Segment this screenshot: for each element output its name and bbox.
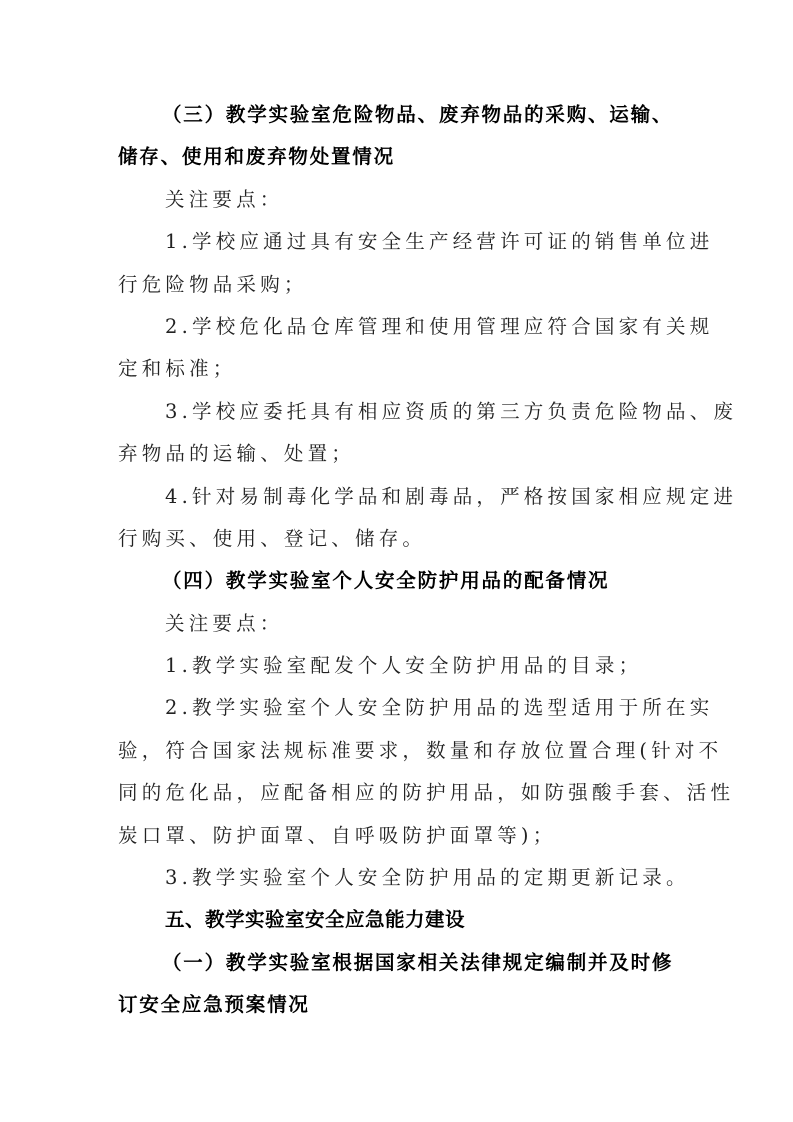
ppe-item-2-line-4: 炭口罩、防护面罩、自呼吸防护面罩等)； [118, 815, 670, 857]
item-2-line-1: 2.学校危化品仓库管理和使用管理应符合国家有关规 [118, 306, 670, 348]
item-2-line-2: 定和标准； [118, 348, 670, 390]
ppe-item-3: 3.教学实验室个人安全防护用品的定期更新记录。 [118, 857, 670, 899]
item-4-line-2: 行购买、使用、登记、储存。 [118, 518, 670, 560]
section-5-heading: 五、教学实验室安全应急能力建设 [118, 899, 670, 941]
item-3-line-1: 3.学校应委托具有相应资质的第三方负责危险物品、废 [118, 391, 670, 433]
subheading-5-1-line-1: （一）教学实验室根据国家相关法律规定编制并及时修 [118, 942, 670, 984]
ppe-item-1: 1.教学实验室配发个人安全防护用品的目录； [118, 645, 670, 687]
item-1-line-2: 行危险物品采购； [118, 264, 670, 306]
item-4-line-1: 4.针对易制毒化学品和剧毒品，严格按国家相应规定进 [118, 476, 670, 518]
ppe-item-2-line-2: 验，符合国家法规标准要求，数量和存放位置合理(针对不 [118, 730, 670, 772]
focus-points-label-2: 关注要点： [118, 603, 670, 645]
subheading-4: （四）教学实验室个人安全防护用品的配备情况 [118, 560, 670, 602]
focus-points-label: 关注要点： [118, 179, 670, 221]
subheading-3-line-1: （三）教学实验室危险物品、废弃物品的采购、运输、 [118, 94, 670, 136]
item-3-line-2: 弃物品的运输、处置； [118, 433, 670, 475]
subheading-3-line-2: 储存、使用和废弃物处置情况 [118, 136, 670, 178]
ppe-item-2-line-3: 同的危化品，应配备相应的防护用品，如防强酸手套、活性 [118, 772, 670, 814]
item-1-line-1: 1.学校应通过具有安全生产经营许可证的销售单位进 [118, 221, 670, 263]
subheading-5-1-line-2: 订安全应急预案情况 [118, 984, 670, 1026]
document-page: （三）教学实验室危险物品、废弃物品的采购、运输、 储存、使用和废弃物处置情况 关… [118, 94, 670, 1027]
ppe-item-2-line-1: 2.教学实验室个人安全防护用品的选型适用于所在实 [118, 687, 670, 729]
